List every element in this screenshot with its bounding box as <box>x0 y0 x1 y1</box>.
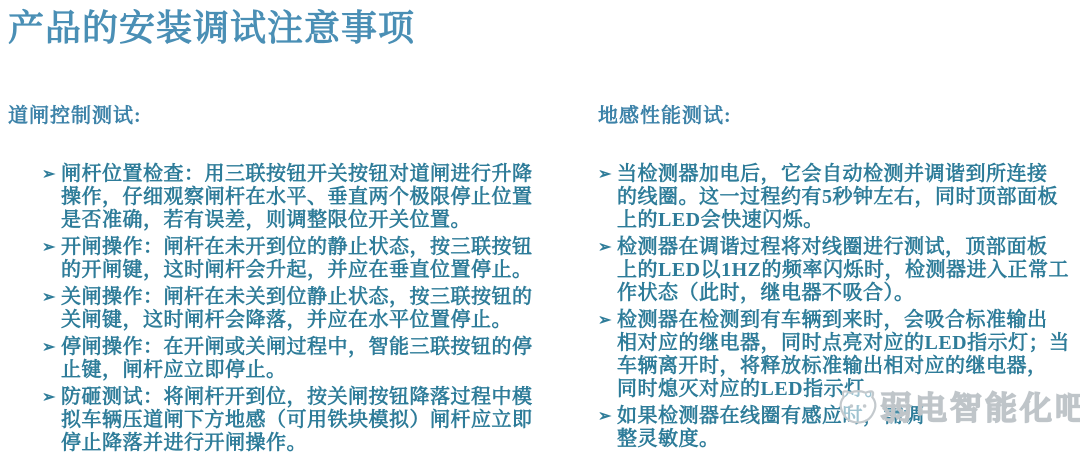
text-line: 止键，闸杆应立即停止。 <box>61 359 533 382</box>
loop-sensor-list: ➢ 当检测器加电后，它会自动检测并调谐到所连接 的线圈。这一过程约有5秒钟左右，… <box>598 163 1080 451</box>
text-line: 的线圈。这一过程约有5秒钟左右，同时顶部面板 <box>617 186 1058 209</box>
list-item-text: 如果检测器在线圈有感应时，需调 整灵敏度。 <box>617 405 925 451</box>
arrow-bullet-icon: ➢ <box>598 309 617 401</box>
text-line: 防砸测试：将闸杆开到位，按关闸按钮降落过程中模 <box>61 386 533 409</box>
text-line: 相对应的继电器，同时点亮对应的LED指示灯；当 <box>617 332 1070 355</box>
text-line: 上的LED会快速闪烁。 <box>617 209 1058 232</box>
arrow-bullet-icon: ➢ <box>42 386 61 455</box>
text-line: 是否准确，若有误差，则调整限位开关位置。 <box>61 209 533 232</box>
list-item: ➢ 开闸操作：闸杆在未开到位的静止状态，按三联按钮 的开闸键，这时闸杆会升起，并… <box>42 236 590 282</box>
text-line: 开闸操作：闸杆在未开到位的静止状态，按三联按钮 <box>61 236 533 259</box>
text-line: 闸杆位置检查：用三联按钮开关按钮对道闸进行升降 <box>61 163 533 186</box>
arrow-bullet-icon: ➢ <box>42 163 61 232</box>
text-line: 车辆离开时，将释放标准输出相对应的继电器， <box>617 355 1070 378</box>
list-item: ➢ 如果检测器在线圈有感应时，需调 整灵敏度。 <box>598 405 1080 451</box>
text-line: 当检测器加电后，它会自动检测并调谐到所连接 <box>617 163 1058 186</box>
gate-control-heading: 道闸控制测试: <box>8 103 590 129</box>
arrow-bullet-icon: ➢ <box>42 286 61 332</box>
section-gate-control-test: 道闸控制测试: ➢ 闸杆位置检查：用三联按钮开关按钮对道闸进行升降 操作，仔细观… <box>0 103 590 459</box>
text-line: 作状态（此时，继电器不吸合）。 <box>617 282 1069 305</box>
list-item-text: 当检测器加电后，它会自动检测并调谐到所连接 的线圈。这一过程约有5秒钟左右，同时… <box>617 163 1058 232</box>
list-item-text: 防砸测试：将闸杆开到位，按关闸按钮降落过程中模 拟车辆压道闸下方地感（可用铁块模… <box>61 386 533 455</box>
text-line: 停止降落并进行开闸操作。 <box>61 432 533 455</box>
arrow-bullet-icon: ➢ <box>42 336 61 382</box>
text-line: 操作，仔细观察闸杆在水平、垂直两个极限停止位置 <box>61 186 533 209</box>
list-item: ➢ 当检测器加电后，它会自动检测并调谐到所连接 的线圈。这一过程约有5秒钟左右，… <box>598 163 1080 232</box>
list-item: ➢ 关闸操作：闸杆在未关到位静止状态，按三联按钮的 关闸键，这时闸杆会降落，并应… <box>42 286 590 332</box>
text-line: 检测器在调谐过程将对线圈进行测试，顶部面板 <box>617 236 1069 259</box>
content-columns: 道闸控制测试: ➢ 闸杆位置检查：用三联按钮开关按钮对道闸进行升降 操作，仔细观… <box>0 103 1080 459</box>
text-line: 停闸操作：在开闸或关闸过程中，智能三联按钮的停 <box>61 336 533 359</box>
arrow-bullet-icon: ➢ <box>598 405 617 451</box>
text-line: 检测器在检测到有车辆到来时，会吸合标准输出 <box>617 309 1070 332</box>
list-item-text: 关闸操作：闸杆在未关到位静止状态，按三联按钮的 关闸键，这时闸杆会降落，并应在水… <box>61 286 533 332</box>
list-item-text: 检测器在调谐过程将对线圈进行测试，顶部面板 上的LED以1HZ的频率闪烁时，检测… <box>617 236 1069 305</box>
gate-control-list: ➢ 闸杆位置检查：用三联按钮开关按钮对道闸进行升降 操作，仔细观察闸杆在水平、垂… <box>8 163 590 455</box>
loop-sensor-heading: 地感性能测试: <box>598 103 1080 129</box>
list-item-text: 停闸操作：在开闸或关闸过程中，智能三联按钮的停 止键，闸杆应立即停止。 <box>61 336 533 382</box>
text-line: 拟车辆压道闸下方地感（可用铁块模拟）闸杆应立即 <box>61 409 533 432</box>
list-item-text: 开闸操作：闸杆在未开到位的静止状态，按三联按钮 的开闸键，这时闸杆会升起，并应在… <box>61 236 533 282</box>
text-line: 如果检测器在线圈有感应时，需调 <box>617 405 925 428</box>
list-item-text: 闸杆位置检查：用三联按钮开关按钮对道闸进行升降 操作，仔细观察闸杆在水平、垂直两… <box>61 163 533 232</box>
list-item: ➢ 检测器在调谐过程将对线圈进行测试，顶部面板 上的LED以1HZ的频率闪烁时，… <box>598 236 1080 305</box>
list-item-text: 检测器在检测到有车辆到来时，会吸合标准输出 相对应的继电器，同时点亮对应的LED… <box>617 309 1070 401</box>
text-line: 整灵敏度。 <box>617 428 925 451</box>
text-line: 的开闸键，这时闸杆会升起，并应在垂直位置停止。 <box>61 259 533 282</box>
text-line: 同时熄灭对应的LED指示灯。 <box>617 378 1070 401</box>
list-item: ➢ 闸杆位置检查：用三联按钮开关按钮对道闸进行升降 操作，仔细观察闸杆在水平、垂… <box>42 163 590 232</box>
list-item: ➢ 检测器在检测到有车辆到来时，会吸合标准输出 相对应的继电器，同时点亮对应的L… <box>598 309 1080 401</box>
text-line: 关闸键，这时闸杆会降落，并应在水平位置停止。 <box>61 309 533 332</box>
page-title: 产品的安装调试注意事项 <box>0 0 1080 49</box>
arrow-bullet-icon: ➢ <box>598 163 617 232</box>
slide-page: 产品的安装调试注意事项 道闸控制测试: ➢ 闸杆位置检查：用三联按钮开关按钮对道… <box>0 0 1080 459</box>
list-item: ➢ 防砸测试：将闸杆开到位，按关闸按钮降落过程中模 拟车辆压道闸下方地感（可用铁… <box>42 386 590 455</box>
text-line: 上的LED以1HZ的频率闪烁时，检测器进入正常工 <box>617 259 1069 282</box>
arrow-bullet-icon: ➢ <box>598 236 617 305</box>
section-loop-sensor-test: 地感性能测试: ➢ 当检测器加电后，它会自动检测并调谐到所连接 的线圈。这一过程… <box>590 103 1080 459</box>
text-line: 关闸操作：闸杆在未关到位静止状态，按三联按钮的 <box>61 286 533 309</box>
arrow-bullet-icon: ➢ <box>42 236 61 282</box>
list-item: ➢ 停闸操作：在开闸或关闸过程中，智能三联按钮的停 止键，闸杆应立即停止。 <box>42 336 590 382</box>
